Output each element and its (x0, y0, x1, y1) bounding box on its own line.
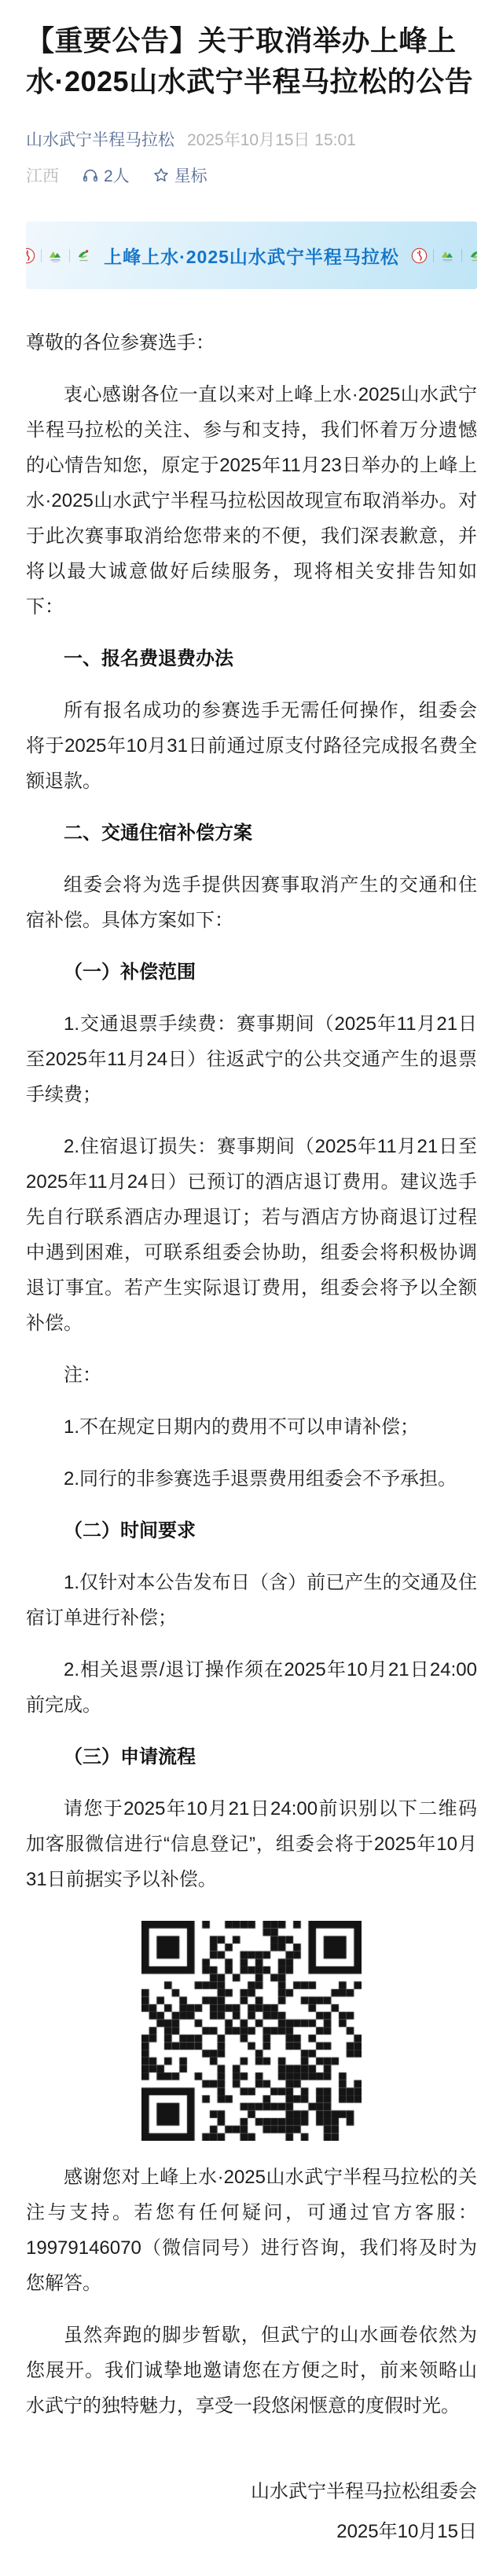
banner-logos-left (26, 247, 92, 264)
salutation-paragraph: 尊敬的各位参赛选手： (26, 325, 477, 361)
author-link[interactable]: 山水武宁半程马拉松 (26, 127, 174, 151)
article-page: 【重要公告】关于取消举办上峰上水·2025山水武宁半程马拉松的公告 山水武宁半程… (0, 0, 503, 2576)
logo-divider (69, 249, 70, 262)
list-item: 1.仅针对本公告发布日（含）前已产生的交通及住宿订单进行补偿； (26, 1565, 477, 1636)
paragraph: 组委会将为选手提供因赛事取消产生的交通和住宿补偿。具体方案如下： (26, 867, 477, 938)
green-mountains-logo-icon (439, 247, 456, 264)
list-item: 2.住宿退订损失：赛事期间（2025年11月21日至2025年11月24日）已预… (26, 1129, 477, 1341)
event-banner-image[interactable]: 上峰上水·2025山水武宁半程马拉松 (26, 222, 477, 289)
banner-logos-right (411, 247, 477, 264)
article-title: 【重要公告】关于取消举办上峰上水·2025山水武宁半程马拉松的公告 (26, 20, 477, 102)
closing-paragraph: 虽然奔跑的脚步暂歇，但武宁的山水画卷依然为您展开。我们诚挚地邀请您在方便之时，前… (26, 2318, 477, 2424)
star-label: 星标 (174, 163, 207, 187)
subsection-heading-1: （一）补偿范围 (26, 955, 477, 990)
athletics-seal-logo-icon (26, 247, 35, 264)
article-body: 尊敬的各位参赛选手： 衷心感谢各位一直以来对上峰上水·2025山水武宁半程马拉松… (26, 325, 477, 2549)
note-item: 1.不在规定日期内的费用不可以申请补偿； (26, 1409, 477, 1445)
listened-chip[interactable]: 2人 (83, 163, 130, 187)
subsection-heading-2: （二）时间要求 (26, 1513, 477, 1548)
green-bird-logo-icon (468, 247, 477, 264)
note-label: 注： (26, 1358, 477, 1393)
logo-divider (461, 249, 462, 262)
star-icon (153, 167, 169, 183)
qr-code-image[interactable] (141, 1921, 362, 2141)
subsection-heading-3: （三）申请流程 (26, 1739, 477, 1775)
article-meta-row2: 江西 2人 星标 (26, 163, 477, 187)
green-mountains-logo-icon (47, 247, 64, 264)
qr-code-container (26, 1921, 477, 2141)
section-heading-1: 一、报名费退费办法 (26, 641, 477, 676)
signature-committee: 山水武宁半程马拉松组委会 (26, 2474, 477, 2509)
list-item: 1.交通退票手续费：赛事期间（2025年11月21日至2025年11月24日）往… (26, 1006, 477, 1112)
publish-time: 2025年10月15日 15:01 (187, 127, 356, 151)
banner-title: 上峰上水·2025山水武宁半程马拉松 (104, 243, 399, 269)
signature-block: 山水武宁半程马拉松组委会 2025年10月15日 (26, 2474, 477, 2549)
intro-paragraph: 衷心感谢各位一直以来对上峰上水·2025山水武宁半程马拉松的关注、参与和支持，我… (26, 377, 477, 625)
logo-divider (41, 249, 42, 262)
signature-date: 2025年10月15日 (26, 2514, 477, 2549)
headphones-icon (83, 167, 98, 183)
athletics-seal-logo-icon (411, 247, 428, 264)
listen-count: 2人 (104, 163, 130, 187)
paragraph: 所有报名成功的参赛选手无需任何操作，组委会将于2025年10月31日前通过原支付… (26, 693, 477, 799)
location-label: 江西 (26, 163, 59, 187)
thanks-paragraph: 感谢您对上峰上水·2025山水武宁半程马拉松的关注与支持。若您有任何疑问，可通过… (26, 2160, 477, 2301)
logo-divider (433, 249, 434, 262)
star-chip[interactable]: 星标 (153, 163, 207, 187)
article-meta-row: 山水武宁半程马拉松 2025年10月15日 15:01 (26, 127, 477, 151)
list-item: 2.相关退票/退订操作须在2025年10月21日24:00前完成。 (26, 1652, 477, 1723)
paragraph: 请您于2025年10月21日24:00前识别以下二维码加客服微信进行“信息登记”… (26, 1791, 477, 1897)
green-bird-logo-icon (75, 247, 92, 264)
note-item: 2.同行的非参赛选手退票费用组委会不予承担。 (26, 1461, 477, 1497)
section-heading-2: 二、交通住宿补偿方案 (26, 815, 477, 851)
